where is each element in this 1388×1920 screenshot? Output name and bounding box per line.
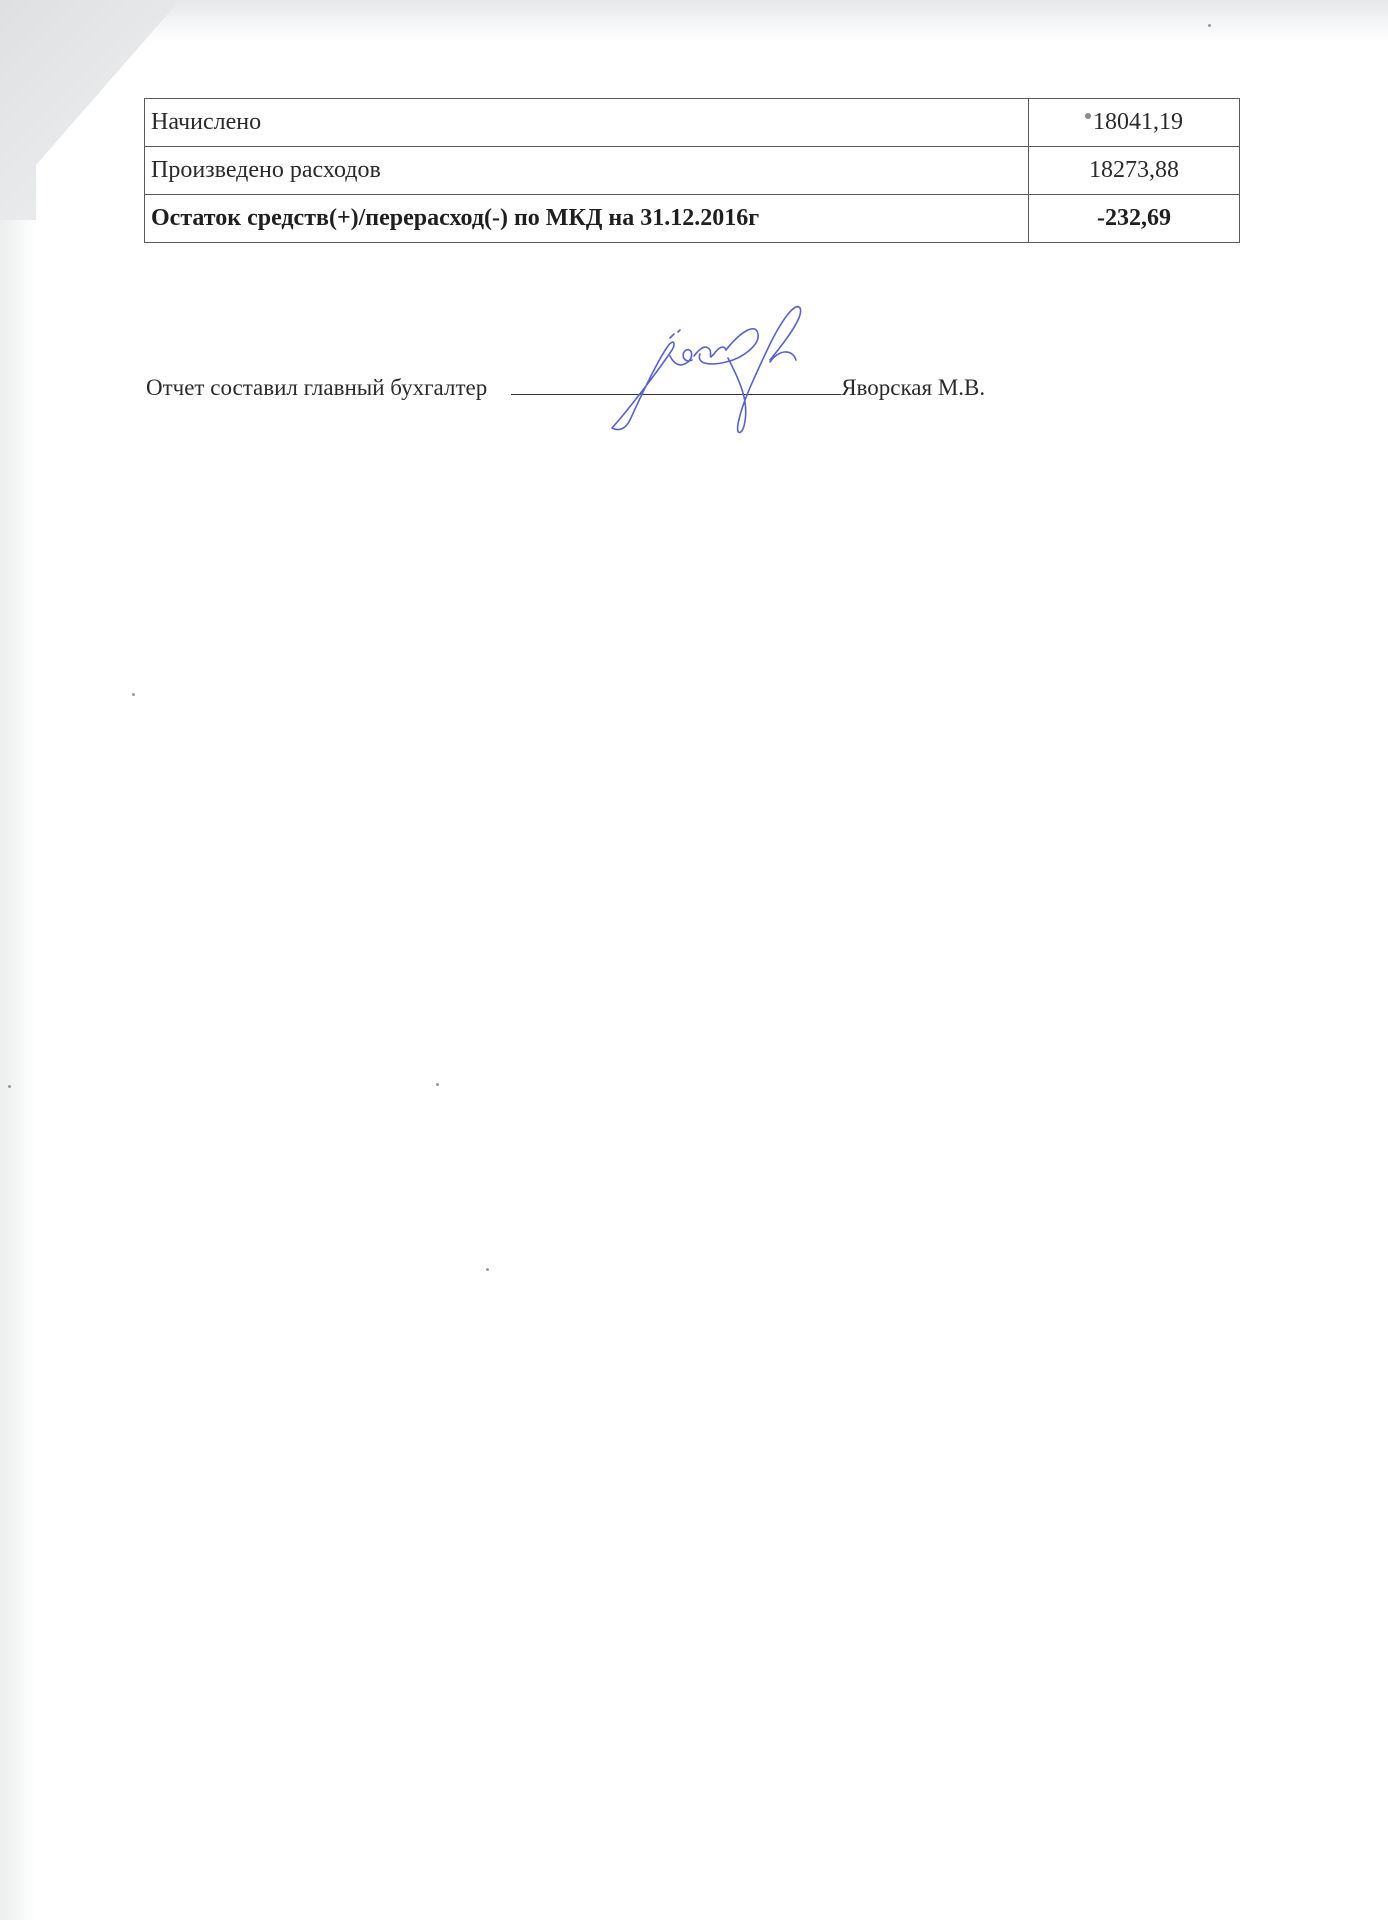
row-label-accrued: Начислено — [145, 99, 1029, 147]
scan-shade — [0, 0, 1388, 40]
row-label-balance: Остаток средств(+)/перерасход(-) по МКД … — [145, 195, 1029, 243]
summary-table: Начислено 18041,19 Произведено расходов … — [144, 98, 1240, 243]
table-row: Произведено расходов 18273,88 — [145, 147, 1240, 195]
accrued-amount: 18041,19 — [1093, 109, 1183, 135]
table-row: Начислено 18041,19 — [145, 99, 1240, 147]
scan-edge-shade — [0, 0, 36, 1920]
signature-prefix: Отчет составил главный бухгалтер — [146, 375, 487, 400]
signature-line — [511, 372, 841, 395]
signatory-name: Яворская М.В. — [841, 375, 985, 400]
row-value-expenses: 18273,88 — [1029, 147, 1240, 195]
row-value-balance: -232,69 — [1029, 195, 1240, 243]
row-label-expenses: Произведено расходов — [145, 147, 1029, 195]
ink-dot — [1085, 113, 1091, 119]
signature-block: Отчет составил главный бухгалтерЯворская… — [146, 372, 985, 401]
table-row-total: Остаток средств(+)/перерасход(-) по МКД … — [145, 195, 1240, 243]
row-value-accrued: 18041,19 — [1029, 99, 1240, 147]
